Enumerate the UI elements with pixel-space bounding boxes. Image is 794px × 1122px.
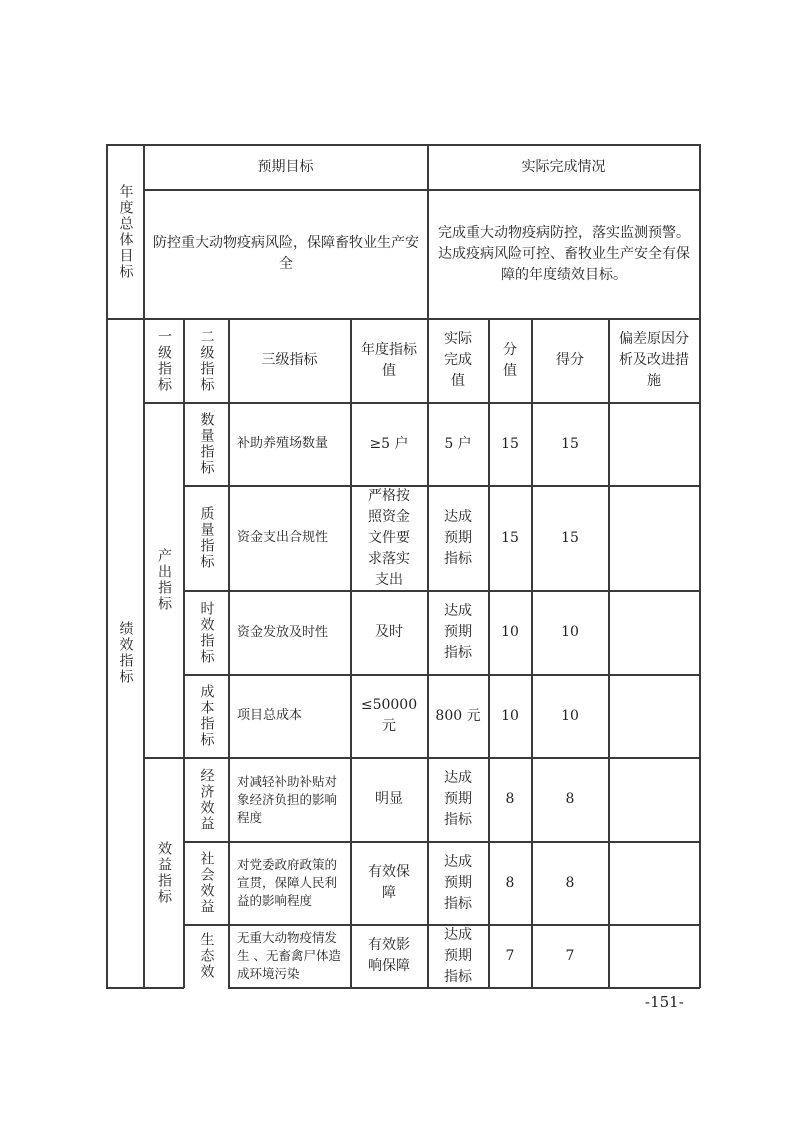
level2-text: 质量指标 (196, 506, 217, 570)
table-row-level2: 质量指标 (184, 486, 228, 590)
table-row-target: 有效影响保障 (363, 925, 415, 987)
table-row-deviation (609, 403, 699, 485)
table-border-right (699, 144, 701, 988)
table-row-deviation (609, 758, 699, 841)
header-deviation: 偏差原因分析及改进措施 (614, 319, 694, 402)
level1-output-text: 产出指标 (153, 548, 174, 612)
table-row-actual: 5 户 (428, 403, 488, 485)
table-row-score: 8 (532, 842, 608, 924)
header-weight: 分值 (499, 319, 521, 402)
annual-goal-label: 年度总体目标 (107, 145, 143, 318)
table-row-actual: 达成预期指标 (440, 842, 476, 924)
table-row-actual: 800 元 (428, 675, 488, 757)
table-row-actual: 达成预期指标 (440, 925, 476, 987)
table-row-target: 及时 (351, 591, 427, 674)
level2-text: 时效指标 (196, 601, 217, 665)
table-row-deviation (609, 842, 699, 924)
table-row-weight: 15 (489, 486, 531, 590)
table-row-level3: 无重大动物疫情发生 、无畜禽尸体造成环境污染 (229, 925, 345, 987)
table-row-level2: 成本指标 (184, 675, 228, 757)
table-row-weight: 10 (489, 591, 531, 674)
header-actual: 实际完成值 (440, 319, 476, 402)
performance-indicators-label: 绩效指标 (107, 319, 143, 987)
level2-text: 成本指标 (196, 684, 217, 748)
table-row-level3: 对减轻补助补贴对象经济负担的影响程度 (229, 758, 345, 841)
level1-benefit-indicators: 效益指标 (144, 758, 183, 987)
table-row-target: 明显 (351, 758, 427, 841)
table-row-level2: 经济效益 (184, 758, 228, 841)
table-row-level3: 项目总成本 (229, 675, 350, 757)
table-row-actual: 达成预期指标 (440, 758, 476, 841)
table-row-level3: 资金发放及时性 (229, 591, 350, 674)
table-row-level2: 时效指标 (184, 591, 228, 674)
table-row-weight: 10 (489, 675, 531, 757)
table-row-level2: 社会效益 (184, 842, 228, 924)
header-score: 得分 (532, 319, 608, 402)
table-row-score: 15 (532, 486, 608, 590)
level2-text: 社会效益 (196, 851, 217, 915)
table-row-deviation (609, 486, 699, 590)
actual-completion-text: 完成重大动物疫病防控，落实监测预警。达成疫病风险可控、畜牧业生产安全有保障的年度… (433, 190, 695, 318)
table-row-actual: 达成预期指标 (440, 591, 476, 674)
table-row-level2: 数量指标 (184, 403, 228, 485)
table-row-level2: 生态效 (184, 925, 228, 987)
level1-benefit-text: 效益指标 (153, 841, 174, 905)
table-row-score: 7 (532, 925, 608, 987)
header-level2: 二级指标 (184, 319, 228, 402)
table-row-score: 10 (532, 675, 608, 757)
level2-text: 生态效 (196, 932, 217, 980)
header-level1-text: 一级指标 (153, 329, 174, 393)
table-row-score: 15 (532, 403, 608, 485)
level2-text: 数量指标 (196, 412, 217, 476)
table-row-weight: 8 (489, 758, 531, 841)
page-number: -151- (645, 993, 684, 1011)
expected-goal-header: 预期目标 (144, 145, 427, 189)
expected-goal-text: 防控重大动物疫病风险，保障畜牧业生产安全 (150, 190, 422, 318)
table-row-score: 8 (532, 758, 608, 841)
header-level1: 一级指标 (144, 319, 183, 402)
header-target: 年度指标值 (358, 319, 420, 402)
table-row-target: ≤50000 元 (356, 675, 422, 757)
table-row-actual: 达成预期指标 (440, 486, 476, 590)
table-row-target: 严格按照资金文件要求落实支出 (363, 486, 415, 590)
table-row-level3: 资金支出合规性 (229, 486, 350, 590)
table-row-weight: 7 (489, 925, 531, 987)
table-row-weight: 15 (489, 403, 531, 485)
level1-output-indicators: 产出指标 (144, 403, 183, 757)
table-row-deviation (609, 591, 699, 674)
table-row-target: ≥5 户 (351, 403, 427, 485)
table-border-bottom-left (106, 987, 184, 989)
actual-completion-header: 实际完成情况 (428, 145, 699, 189)
table-row-deviation (609, 925, 699, 987)
table-row-weight: 8 (489, 842, 531, 924)
table-row-level3: 补助养殖场数量 (229, 403, 350, 485)
table-row-deviation (609, 675, 699, 757)
table-row-level3: 对党委政府政策的宣贯，保障人民利益的影响程度 (229, 842, 345, 924)
table-row-score: 10 (532, 591, 608, 674)
header-level3: 三级指标 (229, 319, 350, 402)
header-level2-text: 二级指标 (196, 329, 217, 393)
table-row-target: 有效保障 (363, 842, 415, 924)
level2-text: 经济效益 (196, 768, 217, 832)
